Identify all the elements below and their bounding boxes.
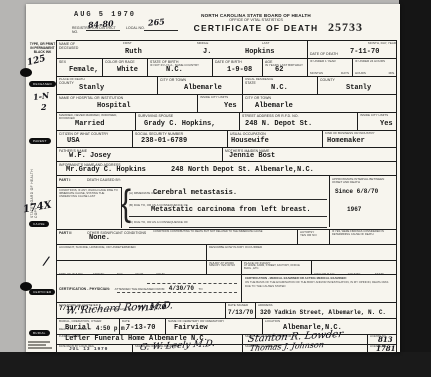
embalmer-license-value: 1781 bbox=[376, 344, 395, 353]
margin-note-1: 125 bbox=[26, 54, 47, 68]
date-signed-value: 7/13/70 bbox=[228, 309, 253, 316]
death-county-value: Stanly bbox=[79, 84, 104, 92]
residence-inside-city-value: Yes bbox=[380, 120, 393, 128]
spouse-value: Grady C. Hopkins, bbox=[144, 120, 215, 128]
physician-certification-label: CERTIFICATION - PHYSICIAN: bbox=[59, 287, 110, 291]
first-label: FIRST bbox=[123, 42, 132, 45]
street-value: 248 N. Depot St. bbox=[245, 120, 312, 128]
cell-certifier-signature: SIGNATURE OF CERTIFIER W. Richard Row M.… bbox=[57, 303, 225, 318]
burial-location-label: LOCATION bbox=[265, 320, 396, 323]
decedent-first-name: Ruth bbox=[125, 48, 142, 56]
burial-method-value: Burial bbox=[65, 324, 90, 332]
at-work-sub: SPECIFY YES OR NO bbox=[209, 265, 239, 268]
certificate-number: 25733 bbox=[328, 20, 363, 35]
side-tab-burial: BURIAL bbox=[29, 330, 50, 336]
attended-to-label: TO bbox=[198, 287, 202, 291]
cell-age-under-24h: IF UNDER 24 HOURS HOURS MIN. bbox=[352, 59, 398, 76]
interval-column-divider bbox=[329, 176, 330, 227]
side-tab-certifier: CERTIFIER bbox=[29, 289, 55, 295]
cell-residence-city: CITY OR TOWN Albemarle bbox=[242, 95, 398, 112]
cell-date-of-birth: DATE OF BIRTH 1-9-08 bbox=[212, 59, 262, 76]
conditions-note: CONDITIONS, IF ANY, WHICH GAVE RISE TO I… bbox=[59, 189, 119, 199]
row-registrar-embalmer: DATE REC'D BY LOCAL REG. JUL 13 1970 SIG… bbox=[56, 344, 397, 353]
cause-line-b bbox=[129, 216, 327, 217]
cell-date-received: DATE REC'D BY LOCAL REG. JUL 13 1970 bbox=[57, 345, 132, 352]
cell-occupation: USUAL OCCUPATION Housewife bbox=[227, 131, 322, 147]
cemetery-label: NAME OF CEMETERY OR CREMATORY bbox=[168, 320, 260, 323]
cell-marital-status: MARRIED, NEVER MARRIED, WIDOWED, DIVORCE… bbox=[57, 113, 135, 130]
date-received-stamp: JUL 13 1970 bbox=[69, 347, 108, 352]
date-of-death-value: 7-11-70 bbox=[350, 48, 379, 56]
accident-label: ACCIDENT, SUICIDE, HOMICIDE, OR UNDETERM… bbox=[59, 246, 204, 249]
certifier-address-value: 320 Yadkin Street, Albemarle, N. C. bbox=[260, 309, 386, 316]
cell-state-of-birth: STATE OF BIRTH IF NOT IN U.S.A., NAME CO… bbox=[147, 59, 212, 76]
row-name: NAME OF DECEASED FIRST MIDDLE LAST Ruth … bbox=[56, 40, 397, 59]
cell-sex: SEX Female, bbox=[57, 59, 102, 76]
attended-label: ATTENDED THE DECEASED FROM bbox=[115, 287, 165, 291]
spouse-label: SURVIVING SPOUSE bbox=[138, 114, 237, 118]
form-code-line bbox=[28, 347, 52, 349]
side-tab-cause: CAUSE bbox=[29, 221, 49, 227]
place-of-injury-sub: AT HOME, FARM, STREET, FACTORY, OFFICE B… bbox=[244, 265, 309, 271]
interval-label: APPROXIMATE INTERVAL BETWEEN ONSET AND D… bbox=[332, 178, 394, 185]
other-conditions-sub: CONDITIONS CONTRIBUTING TO DEATH BUT NOT… bbox=[153, 231, 283, 234]
cell-race: COLOR OR RACE White bbox=[102, 59, 147, 76]
cell-embalmer-signature: SIGNATURE OF EMBALMER Thomas J. Johnson bbox=[242, 345, 367, 352]
decedent-middle-name: J. bbox=[203, 48, 211, 56]
local-no-line bbox=[144, 30, 178, 31]
burial-date-label: DATE bbox=[122, 320, 163, 323]
death-inside-city-label: INSIDE CITY LIMITS bbox=[200, 96, 240, 99]
occupation-value: Housewife bbox=[231, 137, 269, 145]
decedent-last-name: Hopkins bbox=[245, 48, 274, 56]
other-conditions-value: None. bbox=[89, 234, 110, 242]
margin-note-5: / bbox=[43, 254, 49, 268]
agency-line2: OFFICE OF VITAL STATISTICS bbox=[176, 18, 336, 22]
margin-note-3: 2 bbox=[41, 102, 47, 112]
cell-director-license: LICENSE NO. 813 bbox=[367, 335, 398, 344]
street-label: STREET ADDRESS OR R.F.D. NO. bbox=[242, 114, 355, 118]
burial-label: BURIAL, CREMATION, OTHER bbox=[59, 320, 117, 323]
cell-accident-type: ACCIDENT, SUICIDE, HOMICIDE, OR UNDETERM… bbox=[57, 245, 207, 260]
date-of-birth-value: 1-9-08 bbox=[227, 66, 252, 74]
row-cause-of-death: PART I DEATH CAUSED BY: APPROXIMATE INTE… bbox=[56, 175, 397, 245]
cell-burial-method: BURIAL, CREMATION, OTHER Burial bbox=[57, 319, 119, 334]
cell-physician-certification: CERTIFICATION - PHYSICIAN: ATTENDED THE … bbox=[57, 275, 242, 302]
cause-line-a bbox=[129, 199, 327, 200]
cell-residence-state: USUAL RESIDENCE STATE N.C. bbox=[242, 77, 317, 94]
row-hospital: NAME OF HOSPITAL OR INSTITUTION Hospital… bbox=[56, 94, 397, 113]
residence-city-label: CITY OR TOWN bbox=[245, 96, 396, 100]
occupation-label: USUAL OCCUPATION bbox=[230, 132, 320, 136]
date-of-death-label: DATE OF DEATH bbox=[310, 52, 338, 56]
cell-residence-county: COUNTY Stanly bbox=[317, 77, 398, 94]
describe-label: DESCRIBE HOW INJURY OCCURRED bbox=[209, 246, 394, 249]
registration-district-value: 84-80 bbox=[88, 18, 114, 30]
middle-label: MIDDLE bbox=[197, 42, 208, 45]
scan-dark-edge-bottom bbox=[0, 352, 431, 377]
sex-value: Female, bbox=[69, 66, 98, 74]
min-label: MIN. bbox=[389, 72, 395, 75]
due-to2-label: (c) DUE TO, OR AS A CONSEQUENCE OF bbox=[129, 221, 188, 224]
death-city-label: CITY OR TOWN bbox=[160, 78, 240, 82]
business-label: KIND OF BUSINESS OR INDUSTRY bbox=[325, 132, 396, 135]
due-to-interval-value: 1967 bbox=[347, 206, 361, 213]
cell-business: KIND OF BUSINESS OR INDUSTRY Homemaker bbox=[322, 131, 398, 147]
row-burial: BURIAL, CREMATION, OTHER Burial DATE 7-1… bbox=[56, 318, 397, 335]
autopsy-box: AUTOPSY YES OR NO bbox=[297, 230, 329, 244]
certification-dash-line bbox=[147, 283, 237, 284]
ssn-label: SOCIAL SECURITY NUMBER bbox=[135, 132, 225, 136]
agency-header: NORTH CAROLINA STATE BOARD OF HEALTH OFF… bbox=[176, 13, 336, 33]
row-sex-race-birth: SEX Female, COLOR OR RACE White STATE OF… bbox=[56, 58, 397, 77]
cell-examiner-certification: CERTIFICATION - MEDICAL EXAMINER OR ACTI… bbox=[242, 275, 396, 302]
mother-value: Jennie Bost bbox=[229, 152, 275, 160]
scanned-death-certificate: AUG 5 1970 REGISTRATION DISTRICT NO. 84-… bbox=[0, 0, 431, 377]
certificate-title: CERTIFICATE OF DEATH bbox=[176, 23, 336, 33]
death-city-value: Albemarle bbox=[184, 84, 222, 92]
race-value: White bbox=[117, 66, 138, 74]
cell-surviving-spouse: SURVIVING SPOUSE Grady C. Hopkins, bbox=[135, 113, 239, 130]
hospital-value: Hospital bbox=[97, 102, 131, 110]
director-license-value: 813 bbox=[378, 335, 393, 344]
examiner-certification-text: ON THE BASIS OF THE EXAMINATION OF THE B… bbox=[245, 281, 393, 287]
cell-ssn: SOCIAL SECURITY NUMBER 238-01-6789 bbox=[132, 131, 227, 147]
hospital-label: NAME OF HOSPITAL OR INSTITUTION bbox=[59, 96, 129, 100]
margin-note-4: 174X bbox=[22, 200, 52, 216]
days-label: DAYS bbox=[341, 72, 349, 75]
citizen-value: USA bbox=[67, 137, 80, 145]
sex-label: SEX bbox=[59, 60, 100, 64]
cell-injury-location: CITY OR R.F.D. COUNTY STATE bbox=[312, 260, 396, 274]
cell-death-city: CITY OR TOWN Albemarle bbox=[157, 77, 242, 94]
cause-line-c bbox=[129, 227, 327, 228]
part2-strip: PART II OTHER SIGNIFICANT CONDITIONS CON… bbox=[57, 229, 396, 244]
race-label: COLOR OR RACE bbox=[105, 60, 145, 64]
residence-county-value: Stanly bbox=[346, 84, 371, 92]
row-citizen-ssn: CITIZEN OF WHAT COUNTRY USA SOCIAL SECUR… bbox=[56, 130, 397, 148]
conditions-note-box: CONDITIONS, IF ANY, WHICH GAVE RISE TO I… bbox=[57, 187, 122, 228]
cell-certifier-address: ADDRESS 320 Yadkin Street, Albemarle, N.… bbox=[255, 303, 398, 318]
cell-cemetery: NAME OF CEMETERY OR CREMATORY Fairview bbox=[165, 319, 262, 334]
row-certification: CERTIFICATION - PHYSICIAN: ATTENDED THE … bbox=[56, 274, 397, 303]
immediate-cause-value: Cerebral metastasis. bbox=[153, 189, 237, 197]
death-county-label: COUNTY bbox=[59, 81, 155, 85]
business-value: Homemaker bbox=[327, 137, 365, 145]
part2-label: PART II bbox=[59, 231, 72, 235]
death-certificate-paper: AUG 5 1970 REGISTRATION DISTRICT NO. 84-… bbox=[26, 4, 400, 352]
row-certifier-signature: SIGNATURE OF CERTIFIER W. Richard Row M.… bbox=[56, 302, 397, 319]
cell-citizenship: CITIZEN OF WHAT COUNTRY USA bbox=[57, 131, 132, 147]
residence-county-label: COUNTY bbox=[320, 78, 396, 82]
cell-hospital: NAME OF HOSPITAL OR INSTITUTION Hospital bbox=[57, 95, 197, 112]
burial-date-value: 7-13-70 bbox=[126, 324, 155, 332]
row-informant: INFORMANT'S NAME AND ADDRESS Mr.Grady C.… bbox=[56, 161, 397, 176]
form-code-line bbox=[28, 341, 50, 343]
cell-father: FATHER'S NAME W.F. Josey bbox=[57, 148, 222, 161]
cell-date-signed: DATE SIGNED 7/13/70 bbox=[225, 303, 255, 318]
row-marital-spouse: MARRIED, NEVER MARRIED, WIDOWED, DIVORCE… bbox=[56, 112, 397, 131]
age-sub: IN YEARS LAST BIRTHDAY bbox=[265, 64, 305, 67]
cell-burial-date: DATE 7-13-70 bbox=[119, 319, 165, 334]
cell-name-of-deceased: NAME OF DECEASED FIRST MIDDLE LAST Ruth … bbox=[57, 41, 307, 58]
age-value: 62 bbox=[275, 66, 283, 74]
death-inside-city-value: Yes bbox=[224, 102, 237, 110]
cell-death-inside-city: INSIDE CITY LIMITS Yes bbox=[197, 95, 242, 112]
informant-value: Mr.Grady C. Hopkins 248 North Depot St. … bbox=[66, 166, 314, 174]
cell-time-of-injury: TIME OF INJURY MONTH DAY YEAR HOUR bbox=[57, 260, 207, 274]
citizen-label: CITIZEN OF WHAT COUNTRY bbox=[59, 132, 130, 136]
local-no-label: LOCAL NO. bbox=[126, 26, 145, 30]
months-label: MONTHS bbox=[310, 72, 323, 75]
hours-label: HOURS bbox=[355, 72, 366, 75]
ssn-value: 238-01-6789 bbox=[141, 137, 187, 145]
residence-inside-city-label: INSIDE CITY LIMITS bbox=[360, 114, 396, 117]
side-tab-parent: PARENT bbox=[29, 138, 51, 144]
cell-registrar-signature: SIGNATURE OF LOCAL REGISTRAR G. W. Leely… bbox=[132, 345, 242, 352]
form-code-line bbox=[28, 344, 46, 346]
registration-district-line bbox=[86, 30, 120, 31]
cell-informant: INFORMANT'S NAME AND ADDRESS Mr.Grady C.… bbox=[57, 162, 398, 175]
cell-death-county: PLACE OF DEATH COUNTY Stanly bbox=[57, 77, 157, 94]
cell-mother: MOTHER'S MAIDEN NAME Jennie Bost bbox=[222, 148, 398, 161]
certification-dash-line bbox=[117, 292, 237, 293]
margin-note-2: 1-N bbox=[32, 90, 49, 102]
under-24h-label: IF UNDER 24 HOURS bbox=[355, 60, 396, 63]
side-tab-deceased: DECEASED bbox=[29, 81, 56, 87]
cell-place-of-injury: PLACE OF INJURY AT HOME, FARM, STREET, F… bbox=[242, 260, 312, 274]
cemetery-value: Fairview bbox=[174, 324, 208, 332]
attended-from-value: 4/30/70 bbox=[169, 285, 194, 292]
residence-city-value: Albemarle bbox=[255, 102, 293, 110]
immediate-interval-value: Since 6/8/70 bbox=[335, 188, 378, 195]
findings-box: IF YES, WERE FINDINGS CONSIDERED IN DETE… bbox=[329, 230, 396, 244]
caused-by-label: DEATH CAUSED BY: bbox=[87, 178, 121, 182]
marital-value: Married bbox=[75, 120, 104, 128]
cell-residence-inside-city: INSIDE CITY LIMITS Yes bbox=[357, 113, 398, 130]
residence-state-value: N.C. bbox=[271, 84, 288, 92]
father-value: W.F. Josey bbox=[69, 152, 111, 160]
row-parents: FATHER'S NAME W.F. Josey MOTHER'S MAIDEN… bbox=[56, 147, 397, 162]
cell-street-address: STREET ADDRESS OR R.F.D. NO. 248 N. Depo… bbox=[239, 113, 357, 130]
part1-label: PART I bbox=[59, 178, 70, 182]
cell-date-of-death: DATE OF DEATH MONTH, DAY, YEAR 7-11-70 bbox=[307, 41, 398, 58]
due-to-value: Metastatic carcinoma from left breast. bbox=[151, 206, 311, 214]
findings-label: IF YES, WERE FINDINGS CONSIDERED IN DETE… bbox=[332, 231, 394, 237]
address-label: ADDRESS bbox=[258, 304, 396, 307]
date-of-birth-label: DATE OF BIRTH bbox=[215, 60, 260, 64]
local-no-value: 265 bbox=[148, 16, 166, 27]
cell-age-under-1yr: IF UNDER 1 YEAR MONTHS DAYS bbox=[307, 59, 352, 76]
cell-injury-at-work: INJURY AT WORK SPECIFY YES OR NO bbox=[207, 260, 242, 274]
last-label: LAST bbox=[262, 42, 270, 45]
scan-dark-edge-right bbox=[399, 0, 431, 377]
name-label: NAME OF DECEASED bbox=[59, 42, 89, 50]
row-injury: ACCIDENT, SUICIDE, HOMICIDE, OR UNDETERM… bbox=[56, 244, 397, 275]
state-of-birth-value: N.C. bbox=[166, 66, 183, 74]
cell-embalmer-license: LICENSE NO. 1781 bbox=[367, 345, 398, 352]
print-instruction: TYPE, OR PRINT IN PERMANENT BLACK INK bbox=[29, 42, 56, 54]
row-place-residence: PLACE OF DEATH COUNTY Stanly CITY OR TOW… bbox=[56, 76, 397, 95]
date-signed-label: DATE SIGNED bbox=[228, 304, 253, 307]
cell-describe-injury: DESCRIBE HOW INJURY OCCURRED bbox=[207, 245, 396, 260]
under-1yr-label: IF UNDER 1 YEAR bbox=[310, 60, 350, 63]
autopsy-sub: YES OR NO bbox=[300, 234, 327, 237]
date-of-death-sub-label: MONTH, DAY, YEAR bbox=[368, 42, 396, 45]
hole-punch-icon bbox=[20, 68, 32, 77]
cell-age: AGE IN YEARS LAST BIRTHDAY 62 bbox=[262, 59, 307, 76]
